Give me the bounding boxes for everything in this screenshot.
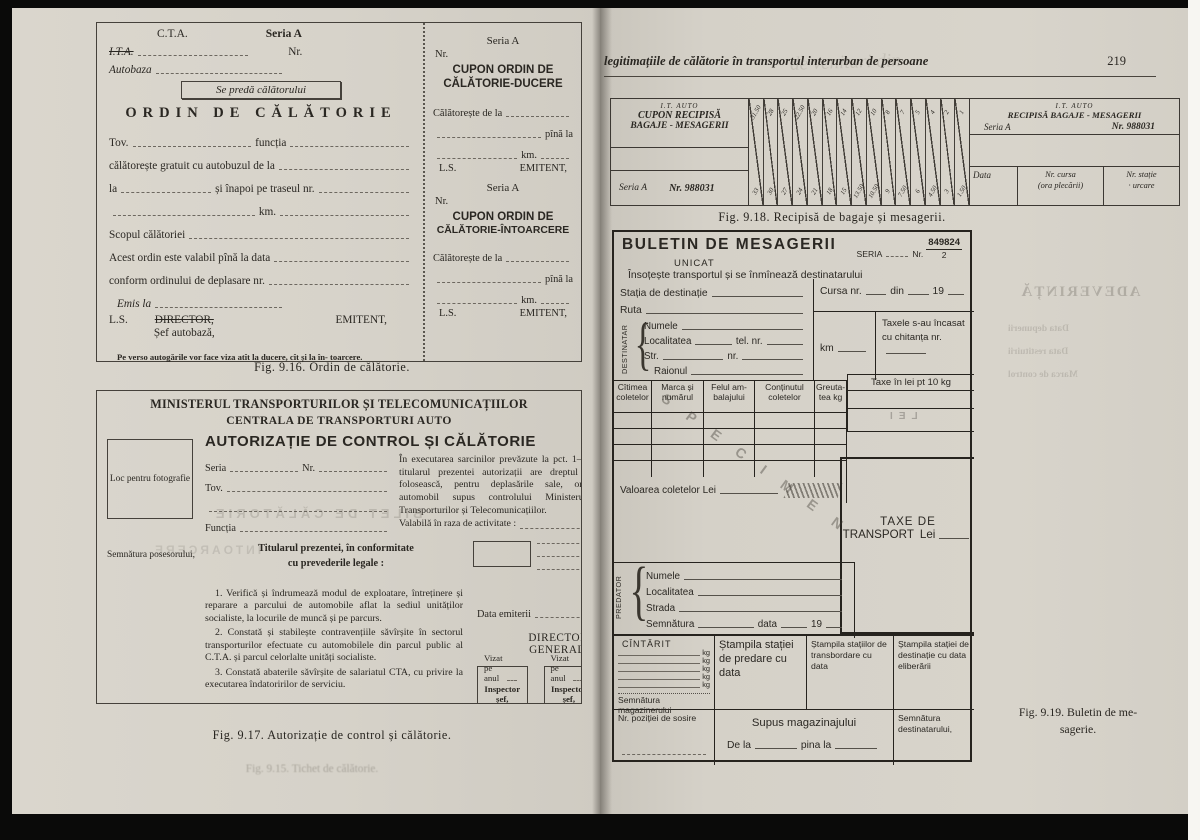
seria-label: Seria	[205, 463, 226, 474]
tariff-cell: 89	[882, 99, 897, 205]
table-cell	[755, 413, 815, 429]
recipisa-cupon-section: I.T. AUTO CUPON RECIPISĂ BAGAJE - MESAGE…	[611, 99, 749, 205]
caption-fig-9-19: Fig. 9.19. Buletin de me- sagerie.	[980, 704, 1176, 738]
director-stack: DIRECTOR, Șef autobază,	[154, 314, 215, 340]
fill-line	[720, 484, 778, 494]
tariff-top-value: 25	[781, 108, 790, 117]
ordin-tov-line: Tov. funcția	[109, 126, 413, 149]
col-header-continutul: Conținutul coletelor	[755, 381, 815, 413]
emitent-label: EMITENT,	[520, 308, 567, 319]
table-cell	[815, 413, 846, 429]
autorizatie-body: Loc pentru fotografie Semnătura posesoru…	[105, 433, 573, 704]
dotted-line	[290, 136, 409, 147]
cupon-seria-label: Seria A	[433, 35, 573, 47]
an-label: 19	[933, 286, 944, 297]
nr-label: Nr.	[302, 463, 315, 474]
tariff-top-value: 2	[944, 109, 952, 115]
empty-stamp-box	[473, 541, 531, 567]
cupon-title-line1: CUPON ORDIN DE	[433, 210, 573, 224]
ordin-nr-label: Nr.	[288, 46, 302, 58]
issue-column: Data emiterii DIRECTOR GENERAL. Vizat pe…	[463, 588, 582, 704]
fill-line	[618, 665, 700, 672]
cursa-cell: Nr. cursa (ora plecării)	[1018, 167, 1104, 205]
strada-label: Strada	[646, 603, 675, 614]
ordin-km-line: km.	[109, 195, 413, 218]
titular-line2: cu prevederile legale :	[205, 556, 467, 571]
kg-label: kg	[702, 680, 710, 689]
ghost-adeverinta-text: ADEVERINȚĂ	[992, 284, 1168, 301]
dotted-line	[156, 63, 283, 74]
dotted-line	[535, 608, 582, 618]
tariff-cell: 1213.50	[852, 99, 867, 205]
dotted-line	[541, 149, 569, 159]
tariff-cell: 77.50	[896, 99, 911, 205]
taxe-transport-box: TAXE DE TRANSPORT Lei	[840, 457, 974, 634]
col-header-greutatea: Greuta- tea kg	[815, 381, 846, 413]
seria-label: Seria A	[984, 122, 1011, 132]
km-line: km	[820, 342, 870, 354]
ordin-seria-label: Seria A	[266, 28, 302, 40]
destinatar-group: DESTINATAR { Numele Localitatea tel. nr.	[620, 317, 807, 379]
kg-line: kg	[618, 681, 710, 689]
cupon-signature-row: L.S. EMITENT,	[433, 161, 573, 174]
ordin-emis-line: Emis la	[109, 287, 413, 310]
calatoreste-label: Călătorește de la	[433, 253, 502, 264]
autorizatie-lower: 1. Verifică și îndrumează modul de explo…	[205, 588, 582, 704]
ministry-line1: MINISTERUL TRANSPORTURILOR ȘI TELECOMUNI…	[105, 397, 573, 412]
cursa-box: Cursa nr. din 19	[814, 279, 974, 312]
nr-pozitie-cell: Nr. poziției de sosire	[614, 710, 715, 765]
cupon-line: pînă la	[433, 264, 573, 285]
numar-fraction: 849824 2	[926, 238, 962, 259]
tariff-bottom-value: 7.50	[897, 185, 909, 198]
stampila-transbordare-cell: Ștampila stațiilor de transbordare cu da…	[807, 636, 894, 709]
nr-label: Nr.	[912, 249, 923, 259]
km-label: km.	[521, 150, 537, 161]
header-rule	[604, 76, 1156, 77]
statia-label: Stația de destinație	[620, 288, 708, 299]
fill-line	[908, 285, 929, 295]
numar-label: Nr. 988031	[1112, 122, 1155, 132]
taxe-row: LEI	[848, 409, 974, 426]
tariff-bottom-value: 9	[885, 188, 893, 194]
fill-line	[618, 657, 700, 664]
dotted-line	[886, 249, 908, 257]
pina-la-label: pina la	[801, 740, 831, 751]
tariff-cell: 23	[941, 99, 956, 205]
tariff-top-value: 12	[854, 108, 863, 117]
ordin-autobaza-label: Autobaza	[109, 64, 152, 76]
dotted-line	[319, 182, 409, 193]
functia-line: Funcția	[205, 514, 391, 534]
duties-list: 1. Verifică și îndrumează modul de explo…	[205, 588, 463, 704]
page-number: 219	[1107, 54, 1160, 69]
empty-space	[970, 135, 1179, 166]
statie-cell: Nr. stație · urcare	[1104, 167, 1179, 205]
calatoreste-label: Călătorește de la	[433, 108, 502, 119]
conform-label: conform ordinului de deplasare nr.	[109, 275, 265, 287]
dotted-line	[437, 128, 541, 138]
tariff-cell: 11.50	[955, 99, 969, 205]
autorizatie-columns: Seria Nr. Tov.	[205, 454, 582, 534]
tariff-cell: 1618	[823, 99, 838, 205]
page-left: C.T.A. Seria A I.T.A. Nr. Autobaza Se pr…	[12, 8, 600, 814]
dotted-line	[520, 520, 582, 529]
functia-label: funcția	[255, 137, 286, 149]
emis-label: Emis la	[117, 298, 151, 310]
tariff-bottom-value: 3	[944, 188, 952, 194]
dotted-line	[227, 482, 387, 492]
cupon-title-line2: CĂLĂTORIE-ÎNTOARCERE	[433, 224, 573, 237]
localitatea-line: Localitatea tel. nr.	[644, 332, 807, 347]
caption-line1: Fig. 9.19. Buletin de me-	[980, 704, 1176, 721]
ghost-text: Data restituirii	[1008, 347, 1068, 357]
dotted-line	[230, 462, 298, 472]
it-auto-label: I.T. AUTO	[611, 102, 748, 110]
autorizatie-fields: Seria Nr. Tov.	[205, 454, 391, 534]
ordin-cupon-column: Seria A Nr. CUPON ORDIN DE CĂLĂTORIE-DUC…	[423, 23, 581, 361]
cupon-line: Călătorește de la	[433, 243, 573, 264]
buletin-header: BULETIN DE MESAGERII SERIA Nr. 849824 2 …	[614, 232, 970, 281]
caption-fig-9-18: Fig. 9.18. Recipisă de bagaje și mesager…	[622, 210, 1042, 225]
tariff-cell: 31.5033	[749, 99, 764, 205]
dotted-line	[274, 251, 409, 262]
fill-line	[646, 304, 803, 314]
cupon-line: Călătorește de la	[433, 98, 573, 119]
tariff-top-value: 28	[766, 108, 775, 117]
lei-label: Lei	[920, 528, 935, 541]
brace-glyph: {	[635, 313, 652, 375]
recipisa-title: RECIPISĂ BAGAJE - MESAGERII	[970, 110, 1179, 120]
cupon-nr-label: Nr.	[435, 49, 573, 60]
tariff-top-value: 5	[914, 109, 922, 115]
cintarit-cell: CÎNTĂRIT kg kg kg kg kg Semnătura magazi…	[614, 636, 715, 709]
fill-line	[939, 528, 969, 539]
running-header: legitimațiile de călătorie în transportu…	[604, 54, 1160, 69]
stampila-predare-cell: Ștampila stației de predare cu data	[715, 636, 807, 709]
fill-line	[781, 619, 807, 628]
fill-line	[948, 285, 964, 295]
photo-column: Loc pentru fotografie Semnătura posesoru…	[105, 433, 197, 704]
cupon-nr-label: Nr.	[435, 196, 573, 207]
taxe-10kg-box: Taxe în lei pt 10 kg LEI	[847, 374, 974, 432]
dotted-line	[280, 205, 409, 216]
tariff-top-value: 8	[885, 109, 893, 115]
predator-box: PREDATOR { Numele Localitatea Strada	[614, 562, 855, 638]
dotted-line	[121, 182, 211, 193]
strada-line: Str. nr.	[644, 347, 807, 362]
bottom-grid: CÎNTĂRIT kg kg kg kg kg Semnătura magazi…	[614, 634, 974, 766]
fill-line	[682, 321, 803, 330]
tariff-top-value: 10	[869, 108, 878, 117]
caption-fig-9-16: Fig. 9.16. Ordin de călătorie.	[122, 360, 542, 375]
raionul-line: Raionul	[644, 362, 807, 377]
p-numele-line: Numele	[646, 566, 846, 582]
form-buletin-mesagerii: BULETIN DE MESAGERII SERIA Nr. 849824 2 …	[612, 230, 972, 762]
table-cell	[815, 429, 846, 445]
running-title: legitimațiile de călătorie în transportu…	[604, 54, 928, 69]
data-label: data	[758, 619, 777, 630]
tariff-bottom-value: 13.50	[852, 183, 865, 199]
unicat-label: UNICAT	[674, 258, 962, 269]
dotted-line	[506, 107, 569, 117]
tariff-top-value: 22.50	[793, 104, 806, 120]
statia-line: Stația de destinație	[620, 282, 807, 299]
ghost-text: Marca de control	[1008, 370, 1078, 380]
dotted-line	[113, 205, 255, 216]
table-cell	[755, 429, 815, 445]
table-cell	[614, 413, 652, 429]
table-cell	[614, 461, 652, 477]
numar-label: Nr. 988031	[669, 183, 715, 194]
autorizatie-right-column: AUTORIZAȚIE DE CONTROL ȘI CĂLĂTORIE Seri…	[197, 433, 582, 704]
taxe-row	[848, 391, 974, 409]
stamps-row: CÎNTĂRIT kg kg kg kg kg Semnătura magazi…	[614, 636, 974, 710]
dotted-line	[437, 273, 541, 283]
emitent-label: EMITENT,	[335, 314, 387, 326]
valabila-line: Valabilă în raza de activitate :	[399, 518, 582, 531]
tariff-top-value: 14	[840, 108, 849, 117]
din-label: din	[890, 286, 904, 297]
caption-fig-9-17: Fig. 9.17. Autorizație de control și căl…	[122, 728, 542, 743]
cupon-line: pînă la	[433, 119, 573, 140]
recipisa-main-section: I.T. AUTO RECIPISĂ BAGAJE - MESAGERII Se…	[969, 99, 1179, 205]
seria-label: SERIA	[857, 249, 883, 259]
pina-la-label: pînă la	[545, 129, 573, 140]
tariff-cell: 2021	[808, 99, 823, 205]
tariff-bottom-value: 30	[766, 187, 775, 196]
tel-label: tel. nr.	[736, 336, 763, 347]
fill-line	[695, 336, 731, 345]
tariff-bottom-value: 4.50	[927, 185, 939, 198]
tariff-bottom-value: 27	[781, 187, 790, 196]
valoarea-label: Valoarea coletelor Lei	[620, 485, 716, 496]
fill-line	[886, 345, 926, 354]
form-autorizatie: MINISTERUL TRANSPORTURILOR ȘI TELECOMUNI…	[96, 390, 582, 704]
buletin-title: BULETIN DE MESAGERII	[622, 236, 836, 254]
ordin-main-column: C.T.A. Seria A I.T.A. Nr. Autobaza Se pr…	[97, 23, 423, 361]
nr-pozitie-label: Nr. poziției de sosire	[618, 713, 696, 723]
ordin-ita-label: I.T.A.	[109, 46, 134, 58]
nr-strada-label: nr.	[727, 351, 738, 362]
recipisa-bottom-row: Data Nr. cursa (ora plecării) Nr. stație…	[970, 166, 1179, 205]
ministry-line2: CENTRALA DE TRANSPORTURI AUTO	[105, 414, 573, 427]
duty-item-3: 3. Constată abaterile săvîrșite de salar…	[205, 667, 463, 692]
dotted-line	[269, 274, 409, 285]
ordin-scop-line: Scopul călătoriei	[109, 218, 413, 241]
cursa-line2: (ora plecării)	[1021, 181, 1100, 192]
valabila-label: Valabilă în raza de activitate :	[399, 518, 516, 531]
col-header-citimea: Cîtimea coletelor	[614, 381, 652, 413]
col-header-felul: Felul am- balajului	[704, 381, 755, 413]
tariff-cell: 56	[911, 99, 926, 205]
ordin-title: ORDIN DE CĂLĂTORIE	[109, 105, 413, 122]
photo-box: Loc pentru fotografie	[107, 439, 193, 519]
taxele-label: Taxele s-au încasat cu chitanța nr.	[882, 318, 965, 343]
taxele-box: Taxele s-au încasat cu chitanța nr.	[876, 312, 974, 380]
vizat-grid: Vizat pe anul Inspector șef, Vizat pe an…	[477, 666, 582, 704]
line2-label: călătorește gratuit cu autobuzul de la	[109, 160, 275, 172]
destinatar-rows: Numele Localitatea tel. nr. Str.	[644, 317, 807, 377]
ls-label: L.S.	[109, 314, 128, 326]
tov-label: Tov.	[205, 483, 223, 494]
recipisa-seria-row: Seria A Nr. 988031	[970, 120, 1179, 135]
tariff-bottom-value: 33	[751, 187, 760, 196]
table-cell	[614, 445, 652, 461]
ordin-line2: călătorește gratuit cu autobuzul de la	[109, 149, 413, 172]
cupon-line: km.	[433, 140, 573, 161]
tariff-cell: 2527	[778, 99, 793, 205]
empty-row	[611, 148, 748, 171]
ordin-header-row: C.T.A. Seria A	[109, 28, 413, 40]
dotted-line	[209, 502, 387, 512]
recipisa-main-header: I.T. AUTO RECIPISĂ BAGAJE - MESAGERII	[970, 99, 1179, 120]
dotted-line	[279, 159, 409, 170]
tariff-strip: 31.5033 2830 2527 22.5024 2021 1618 1415…	[749, 99, 969, 205]
dotted-line	[155, 297, 282, 308]
fill-line	[838, 342, 866, 352]
data-emiterii-line: Data emiterii	[477, 608, 582, 620]
dotted-line	[506, 252, 569, 262]
destinatar-label: DESTINATAR	[620, 319, 629, 379]
tariff-bottom-value: 10.50	[867, 183, 880, 199]
fill-line	[712, 287, 803, 297]
km-label: km	[820, 343, 834, 354]
ordin-ita-line: I.T.A. Nr.	[109, 40, 413, 58]
fill-line	[618, 673, 700, 680]
dotted-line	[437, 294, 517, 304]
dotted-line	[138, 45, 249, 56]
p-localitatea-line: Localitatea	[646, 582, 846, 598]
arrival-row: Nr. poziției de sosire Supus magazinajul…	[614, 710, 974, 765]
scan-edge	[1188, 0, 1200, 840]
p-semnatura-line: Semnătura data 19	[646, 614, 846, 630]
duty-item-2: 2. Constată și stabilește contravențiile…	[205, 627, 463, 664]
supus-label: Supus magazinajului	[719, 717, 889, 729]
ordin-autobaza-line: Autobaza	[109, 58, 413, 76]
table-cell	[652, 461, 704, 477]
numar-sub: 2	[926, 250, 962, 260]
vizat-box: Vizat pe anul Inspector șef,	[477, 666, 528, 704]
tariff-top-value: 4	[929, 109, 937, 115]
taxe-10kg-header: Taxe în lei pt 10 kg	[848, 375, 974, 391]
vizat-label: Vizat pe anul	[551, 701, 570, 704]
cursa-label: Cursa nr.	[820, 286, 862, 297]
de-la-line: De la pina la	[719, 739, 889, 751]
ordin-conform-line: conform ordinului de deplasare nr.	[109, 264, 413, 287]
data-cell: Data	[970, 167, 1018, 205]
se-preda-box: Se predă călătorului	[181, 81, 341, 99]
tariff-top-value: 31.50	[749, 104, 762, 120]
valabil-label: Acest ordin este valabil pînă la data	[109, 252, 270, 264]
tariff-top-value: 20	[810, 108, 819, 117]
brace-glyph: {	[629, 556, 648, 626]
stampila-destinatie-cell: Ștampila stației de destinație cu data e…	[894, 636, 974, 709]
cupon-title-line2: CĂLĂTORIE-DUCERE	[433, 77, 573, 91]
statie-line1: Nr. stație	[1107, 170, 1176, 181]
cupon-intoarcere-title: CUPON ORDIN DE CĂLĂTORIE-ÎNTOARCERE	[433, 210, 573, 237]
fill-line	[755, 739, 797, 749]
dotted-line	[319, 462, 387, 472]
tariff-bottom-value: 6	[914, 188, 922, 194]
fill-line	[835, 739, 877, 749]
destination-box: Stația de destinație Ruta DESTINATAR { N…	[614, 279, 814, 380]
colete-table: Cîtimea coletelor Marca și numărul Felul…	[614, 380, 847, 477]
vizat-line: Vizat pe anul	[484, 670, 521, 683]
numar-value: 849824	[926, 238, 962, 250]
ls-label: L.S.	[439, 308, 456, 319]
fill-line	[698, 587, 842, 596]
tariff-cell: 1010.50	[867, 99, 882, 205]
semnatura-destinatar-cell: Semnătura destinatarului,	[894, 710, 974, 765]
fill-line	[826, 619, 842, 628]
taxe-transport-line1: TAXE DE	[842, 515, 974, 528]
cupon-intoarcere: Seria A Nr. CUPON ORDIN DE CĂLĂTORIE-ÎNT…	[433, 182, 573, 319]
seria-line: Seria Nr.	[205, 454, 391, 474]
fill-line	[684, 571, 842, 580]
scop-label: Scopul călătoriei	[109, 229, 185, 241]
emitent-label: EMITENT,	[520, 163, 567, 174]
sef-autobaza-label: Șef autobază,	[154, 327, 215, 340]
vizat-box: Vizat pe anul Inspector șef,	[544, 666, 582, 704]
ordin-signature-row: L.S. DIRECTOR, Șef autobază, EMITENT,	[109, 314, 413, 350]
owner-signature-label: Semnătura posesorului,	[105, 549, 197, 561]
dotted-line	[240, 522, 387, 532]
titular-text: Titularul prezentei, în conformitate cu …	[205, 541, 467, 572]
fill-line	[622, 747, 706, 755]
rights-paragraph: În executarea sarcinilor prevăzute la pc…	[399, 454, 582, 516]
ghost-lei-text: LEI	[884, 411, 918, 422]
tariff-cell: 22.5024	[793, 99, 808, 205]
localitatea-label: Localitatea	[646, 587, 694, 598]
cupon-ducere: Seria A Nr. CUPON ORDIN DE CĂLĂTORIE-DUC…	[433, 35, 573, 174]
cupon-title-line1: CUPON ORDIN DE	[433, 63, 573, 77]
ghost-text: Data depunerii	[1008, 324, 1069, 334]
dotted-line	[507, 672, 517, 680]
tariff-bottom-value: 15	[840, 187, 849, 196]
dotted-line	[133, 136, 252, 147]
cupon-seria-label: Seria A	[433, 182, 573, 194]
bagaje-mesagerii-label: BAGAJE - MESAGERII	[611, 121, 748, 131]
caption-line2: sagerie.	[980, 721, 1176, 738]
predator-label: PREDATOR	[614, 565, 623, 629]
tariff-bottom-value: 24	[795, 187, 804, 196]
buletin-seria-block: SERIA Nr. 849824 2	[857, 236, 962, 259]
dotted-line	[573, 672, 582, 680]
predator-rows: Numele Localitatea Strada Semnătura	[646, 566, 846, 630]
form-recipisa-bagaje: I.T. AUTO CUPON RECIPISĂ BAGAJE - MESAGE…	[610, 98, 1180, 206]
recipisa-cupon-seria-row: Seria A Nr. 988031	[611, 171, 748, 205]
duty-item-1: 1. Verifică și îndrumează modul de explo…	[205, 588, 463, 625]
tariff-top-value: 1	[958, 109, 966, 115]
dotted-line	[537, 543, 582, 544]
cupon-recipisa-label: CUPON RECIPISĂ	[611, 110, 748, 121]
vizat-label: Vizat pe anul	[484, 701, 503, 704]
ls-label: L.S.	[439, 163, 456, 174]
table-cell	[652, 445, 704, 461]
numele-line: Numele	[644, 317, 807, 332]
fill-line	[866, 285, 887, 295]
recipisa-cupon-header: I.T. AUTO CUPON RECIPISĂ BAGAJE - MESAGE…	[611, 99, 748, 148]
director-label: DIRECTOR,	[154, 314, 215, 327]
tariff-bottom-value: 1.50	[956, 185, 968, 198]
fill-line	[679, 603, 842, 612]
an-label: 19	[811, 619, 822, 630]
fill-line	[618, 681, 700, 688]
fill-line	[742, 351, 803, 360]
fill-line	[691, 366, 803, 375]
tariff-top-value: 16	[825, 108, 834, 117]
